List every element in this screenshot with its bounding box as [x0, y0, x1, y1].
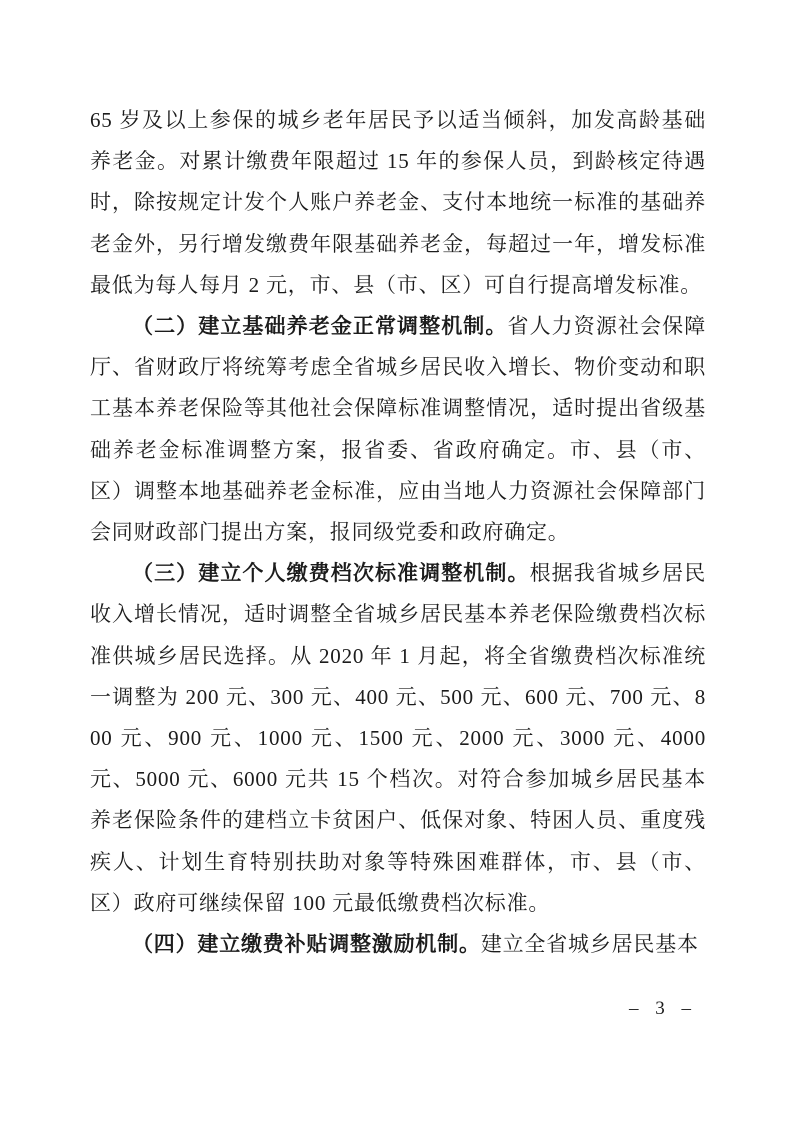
paragraph-section-4: （四）建立缴费补贴调整激励机制。建立全省城乡居民基本 [90, 924, 706, 965]
document-body: 65 岁及以上参保的城乡老年居民予以适当倾斜，加发高龄基础养老金。对累计缴费年限… [90, 100, 706, 965]
section-3-text: 根据我省城乡居民收入增长情况，适时调整全省城乡居民基本养老保险缴费档次标准供城乡… [90, 561, 706, 915]
paragraph-section-2: （二）建立基础养老金正常调整机制。省人力资源社会保障厅、省财政厅将统筹考虑全省城… [90, 306, 706, 553]
section-2-text: 省人力资源社会保障厅、省财政厅将统筹考虑全省城乡居民收入增长、物价变动和职工基本… [90, 314, 706, 544]
paragraph-text: 65 岁及以上参保的城乡老年居民予以适当倾斜，加发高龄基础养老金。对累计缴费年限… [90, 108, 706, 297]
section-4-text: 建立全省城乡居民基本 [481, 932, 699, 956]
page-number: – 3 – [629, 998, 697, 1020]
document-page: 65 岁及以上参保的城乡老年居民予以适当倾斜，加发高龄基础养老金。对累计缴费年限… [0, 0, 793, 1122]
paragraph-continuation: 65 岁及以上参保的城乡老年居民予以适当倾斜，加发高龄基础养老金。对累计缴费年限… [90, 100, 706, 306]
section-2-heading: （二）建立基础养老金正常调整机制。 [132, 314, 508, 338]
section-4-heading: （四）建立缴费补贴调整激励机制。 [132, 932, 481, 956]
section-3-heading: （三）建立个人缴费档次标准调整机制。 [132, 561, 530, 585]
paragraph-section-3: （三）建立个人缴费档次标准调整机制。根据我省城乡居民收入增长情况，适时调整全省城… [90, 553, 706, 924]
